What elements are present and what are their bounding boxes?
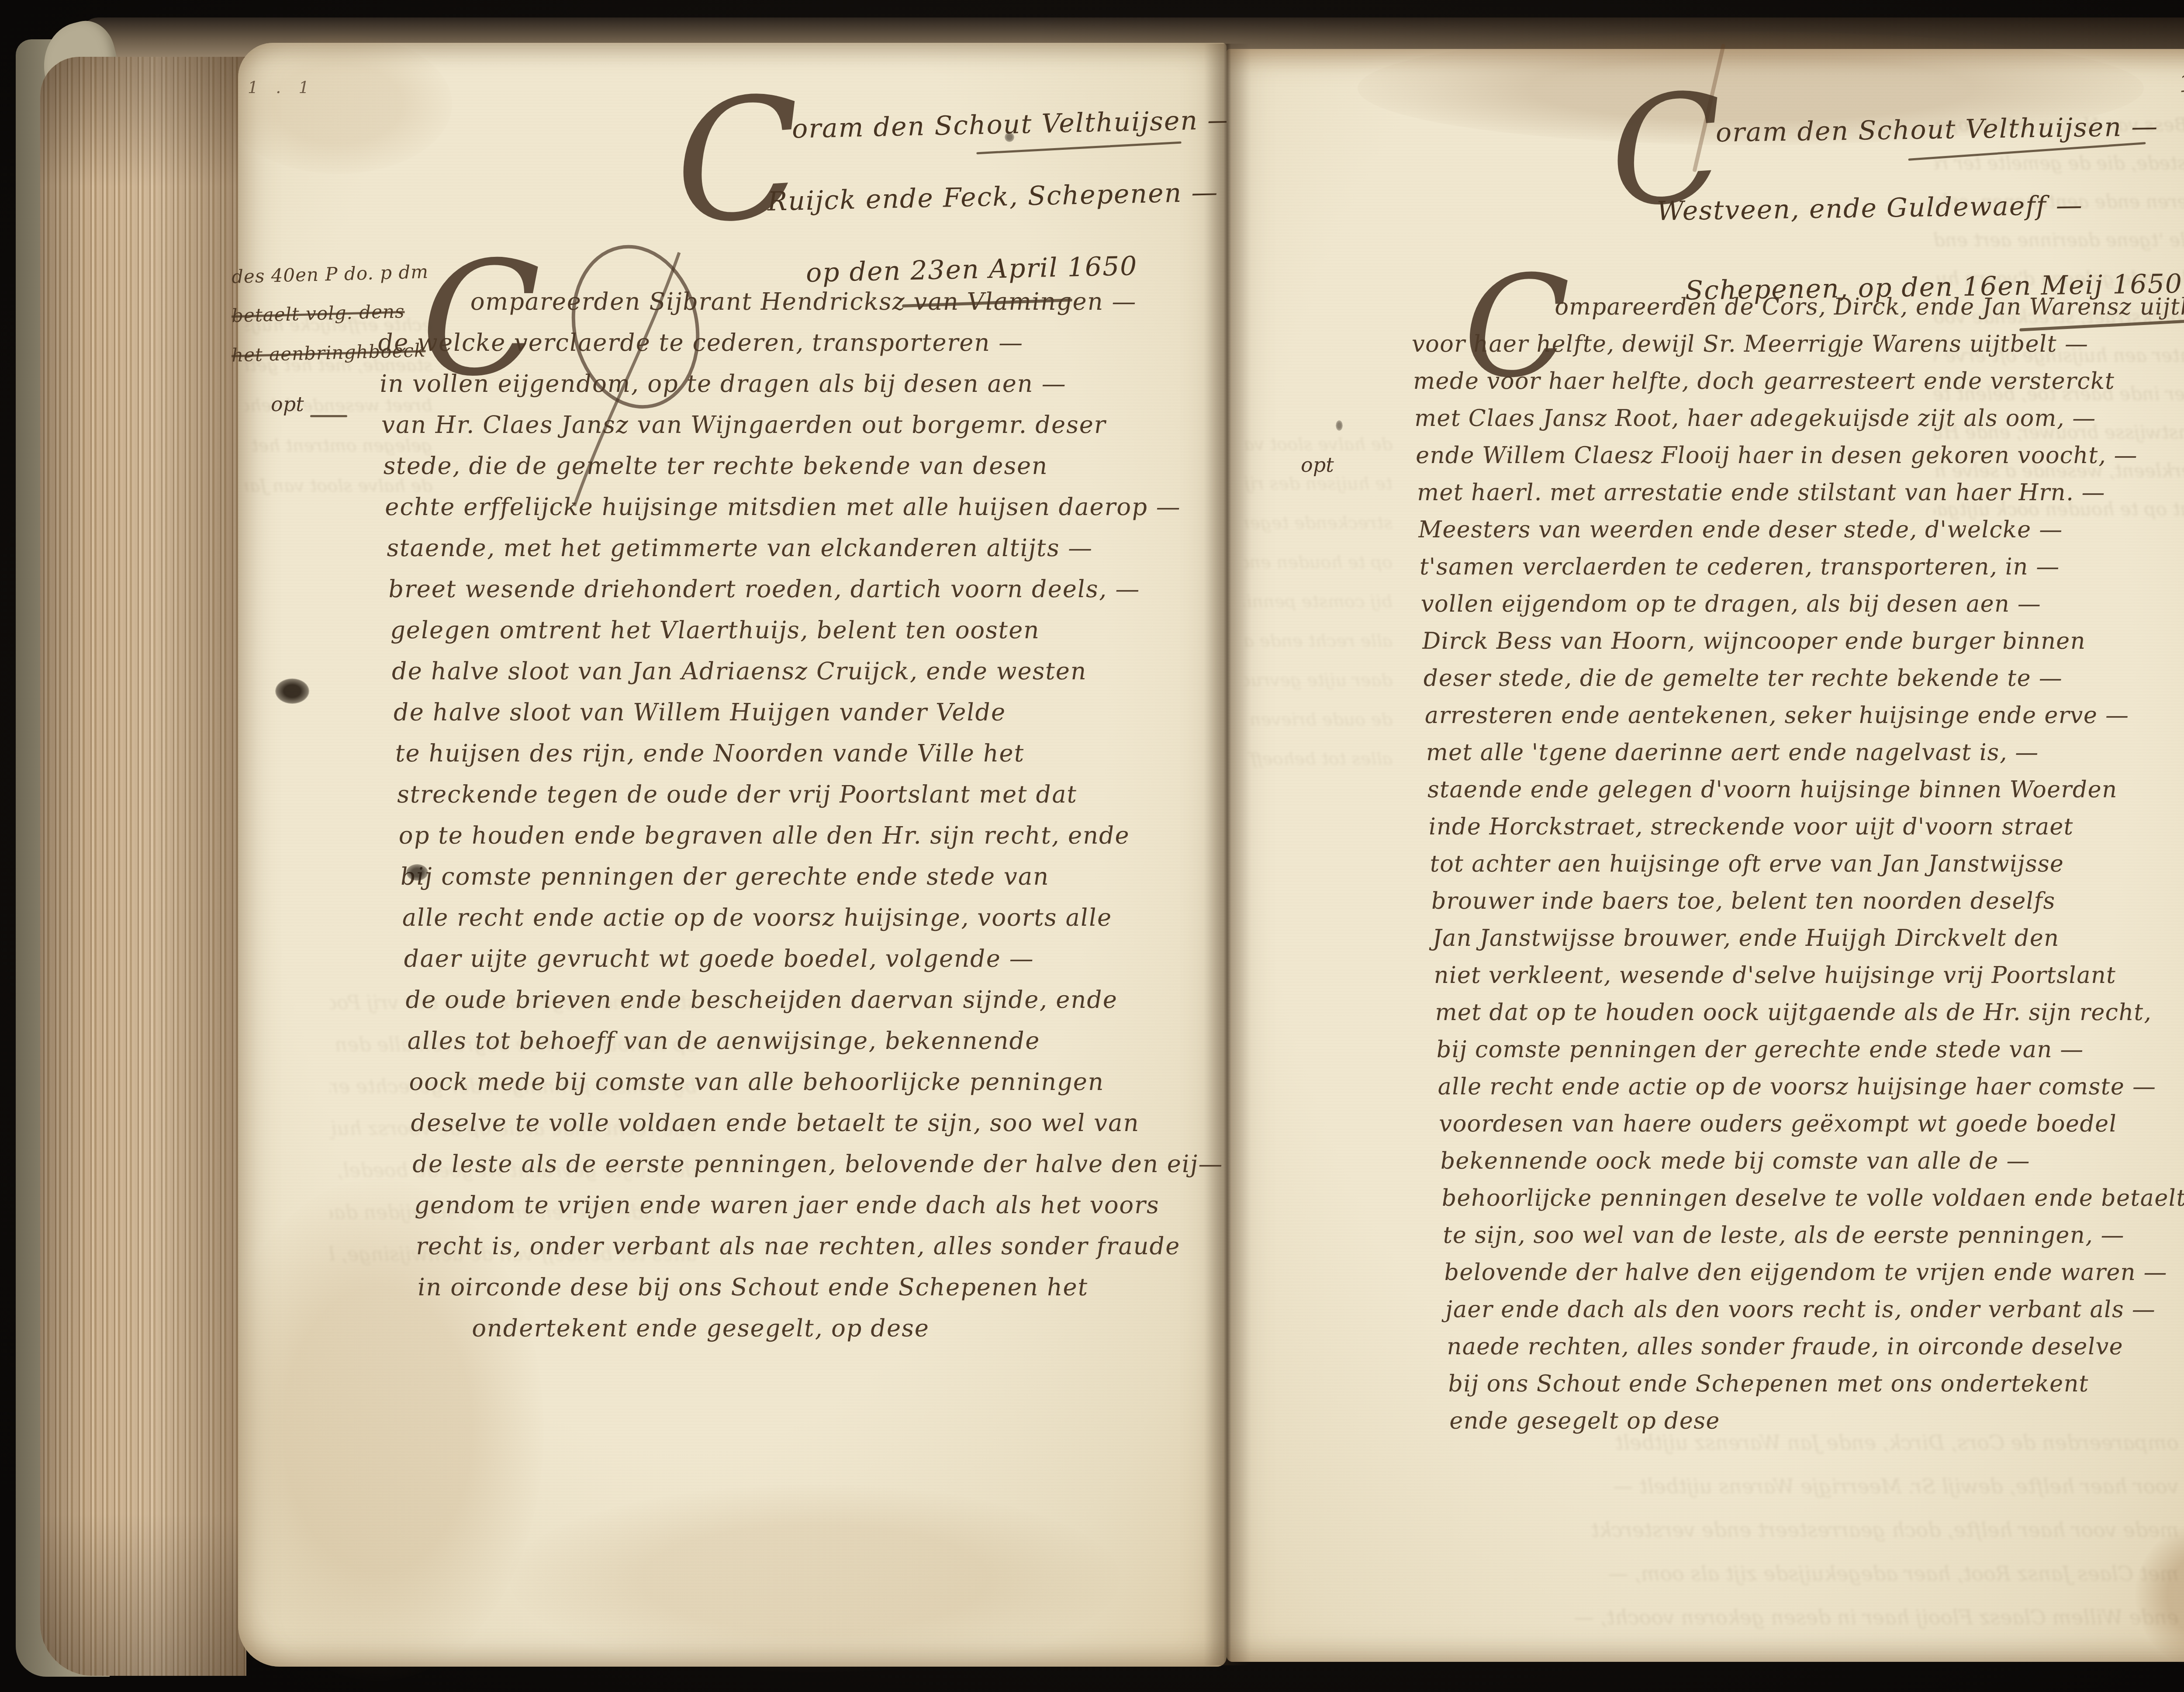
manuscript-line: gendom te vrijen ende waren jaer ende da… [414, 1191, 1261, 1232]
manuscript-line: alles tot behoeff van de aenwijsinge, be… [407, 1027, 1254, 1068]
header-line: Westveen, ende Guldewaeff — [1657, 190, 2084, 227]
manuscript-line: voordesen van haere ouders geëxompt wt g… [1438, 1111, 2184, 1148]
manuscript-line: Jan Janstwijsse brouwer, ende Huijgh Dir… [1432, 925, 2184, 962]
header-line: oram den Schout Velthuijsen — [1716, 111, 2159, 148]
manuscript-line: te sijn, soo wel van de leste, als de ee… [1442, 1222, 2184, 1259]
manuscript-line: ompareerden de Cors, Dirck, ende Jan War… [1410, 294, 2184, 331]
manuscript-line: met dat op te houden oock uijtgaende als… [1434, 999, 2184, 1036]
manuscript-line: voor haer helfte, dewijl Sr. Meerrigje W… [1411, 331, 2184, 368]
manuscript-line: echte erffelijcke huijsinge mitsdien met… [384, 493, 1231, 534]
manuscript-line: staende, met het getimmerte van elckande… [386, 534, 1233, 575]
folio-page-number: 139 [2177, 65, 2184, 98]
manuscript-line: gelegen omtrent het Vlaerthuijs, belent … [390, 616, 1237, 657]
margin-abbreviation: opt [1301, 453, 1334, 477]
right-page: Dirck Bess van Hoorn, wijncooper ende bu… [1227, 49, 2184, 1662]
water-stain [225, 34, 452, 174]
manuscript-line: van Hr. Claes Jansz van Wijngaerden out … [381, 411, 1228, 452]
manuscript-line: alle recht ende actie op de voorsz huijs… [1437, 1073, 2184, 1111]
manuscript-line: brouwer inde baers toe, belent ten noord… [1431, 888, 2184, 925]
manuscript-line: met Claes Jansz Root, haer adegekuijsde … [1414, 405, 2184, 442]
manuscript-line: recht is, onder verbant als nae rechten,… [415, 1232, 1262, 1273]
manuscript-line: bij ons Schout ende Schepenen met ons on… [1448, 1370, 2184, 1408]
manuscript-line: ompareerden Sijbrant Hendricksz van Vlam… [376, 287, 1223, 329]
ink-speck [1336, 420, 1343, 431]
ink-bleed-through: ompareerden de Cors, Dirck, ende Jan War… [1515, 1421, 2179, 1639]
manuscript-line: bij comste penningen der gerechte ende s… [1436, 1036, 2184, 1073]
manuscript-line: op te houden ende begraven alle den Hr. … [398, 821, 1245, 862]
header-strike-flourish [976, 142, 1182, 155]
ink-blot [406, 864, 428, 881]
manuscript-line: tot achter aen huijsinge oft erve van Ja… [1430, 851, 2184, 888]
manuscript-line: de welcke verclaerde te cederen, transpo… [377, 329, 1224, 370]
manuscript-line: met haerl. met arrestatie ende stilstant… [1417, 479, 2184, 516]
manuscript-line: niet verkleent, wesende d'selve huijsing… [1433, 962, 2184, 999]
manuscript-line: stede, die de gemelte ter rechte bekende… [383, 452, 1230, 493]
manuscript-line: t'samen verclaerden te cederen, transpor… [1419, 554, 2184, 591]
manuscript-line: ondertekent ende gesegelt, op dese [418, 1314, 1265, 1355]
manuscript-line: de oude brieven ende bescheijden daervan… [405, 986, 1252, 1027]
margin-abbreviation: opt [271, 392, 304, 416]
left-page: echte erffelijcke huijsinge mitsdien met… [238, 43, 1227, 1667]
manuscript-line: jaer ende dach als den voors recht is, o… [1445, 1296, 2184, 1333]
deed-text-block: ompareerden de Cors, Dirck, ende Jan War… [1410, 294, 2184, 1445]
manuscript-line: deselve te volle voldaen ende betaelt te… [410, 1109, 1257, 1150]
manuscript-line: Dirck Bess van Hoorn, wijncooper ende bu… [1422, 628, 2184, 665]
folio-ink-marks: 1 . 1 [248, 78, 315, 97]
manuscript-line: breet wesende driehondert roeden, dartic… [388, 575, 1235, 616]
manuscript-line: staende ende gelegen d'voorn huijsinge b… [1427, 776, 2184, 813]
water-stain [509, 1484, 1120, 1672]
header-line: op den 23en April 1650 [805, 251, 1138, 288]
manuscript-line: de halve sloot van Jan Adriaensz Cruijck… [391, 657, 1238, 698]
manuscript-line: vollen eijgendom op te dragen, als bij d… [1420, 591, 2184, 628]
manuscript-line: daer uijte gevrucht wt goede boedel, vol… [403, 945, 1250, 986]
manuscript-line: ende Willem Claesz Flooij haer in desen … [1415, 442, 2184, 479]
manuscript-line: oock mede bij comste van alle behoorlijc… [408, 1068, 1255, 1109]
manuscript-photo: echte erffelijcke huijsinge mitsdien met… [0, 0, 2184, 1692]
ink-blot [275, 678, 309, 704]
ink-bleed-through: de halve sloot van Willem Huijgen vander… [1244, 425, 1393, 779]
margin-tax-note-line: des 40en P do. p dm [231, 261, 429, 287]
manuscript-line: belovende der halve den eijgendom te vri… [1444, 1259, 2184, 1296]
ink-speck [1005, 132, 1014, 142]
book-gutter [1204, 44, 1251, 1665]
manuscript-line: Meesters van weerden ende deser stede, d… [1418, 516, 2184, 554]
manuscript-line: de halve sloot van Willem Huijgen vander… [393, 698, 1240, 739]
manuscript-line: mede voor haer helfte, doch gearresteert… [1413, 368, 2184, 405]
manuscript-line: bekennende oock mede bij comste van alle… [1440, 1148, 2184, 1185]
manuscript-line: in oirconde dese bij ons Schout ende Sch… [417, 1273, 1264, 1314]
manuscript-line: naede rechten, alles sonder fraude, in o… [1446, 1333, 2184, 1370]
manuscript-line: arresteren ende aentekenen, seker huijsi… [1424, 702, 2184, 739]
manuscript-line: de leste als de eerste penningen, belove… [412, 1150, 1259, 1191]
deed-text-block: ompareerden Sijbrant Hendricksz van Vlam… [376, 287, 1265, 1355]
manuscript-line: behoorlijcke penningen deselve te volle … [1441, 1185, 2184, 1222]
manuscript-line: inde Horckstraet, streckende voor uijt d… [1428, 813, 2184, 851]
manuscript-line: deser stede, die de gemelte ter rechte b… [1423, 665, 2184, 702]
manuscript-line: te huijsen des rijn, ende Noorden vande … [394, 739, 1241, 780]
manuscript-line: met alle 'tgene daerinne aert ende nagel… [1426, 739, 2184, 776]
manuscript-line: in vollen eijgendom, op te dragen als bi… [379, 370, 1226, 411]
manuscript-line: ende gesegelt op dese [1449, 1408, 2184, 1445]
manuscript-line: alle recht ende actie op de voorsz huijs… [401, 903, 1248, 945]
margin-dash [310, 415, 347, 417]
manuscript-line: streckende tegen de oude der vrij Poorts… [396, 780, 1243, 821]
header-line: Ruijck ende Feck, Schepenen — [767, 177, 1219, 217]
manuscript-line: bij comste penningen der gerechte ende s… [400, 862, 1247, 903]
